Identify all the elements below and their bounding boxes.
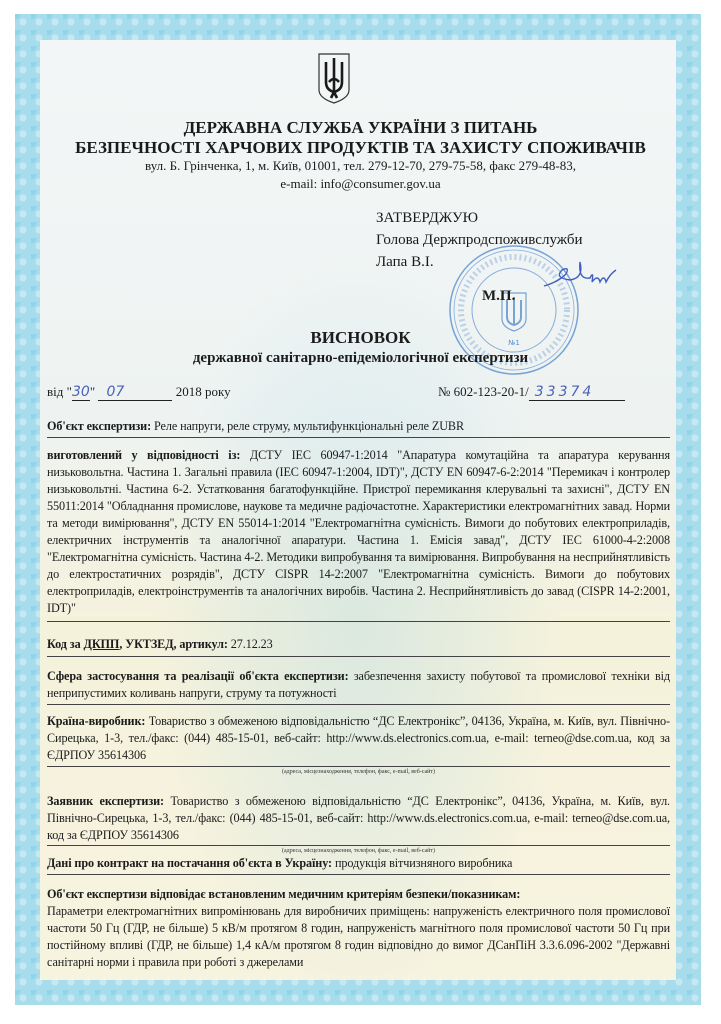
- date-day: 30: [72, 384, 90, 401]
- section-code: Код за ДКПП, УКТЗЕД, артикул: 27.12.23: [47, 636, 670, 653]
- org-name-line2: БЕЗПЕЧНОСТІ ХАРЧОВИХ ПРОДУКТІВ ТА ЗАХИСТ…: [0, 138, 721, 158]
- document-number-handwritten: 33374: [529, 384, 625, 401]
- section-object: Об'єкт експертизи: Реле напруги, реле ст…: [47, 418, 670, 435]
- divider: [47, 704, 670, 705]
- applicant-caption: (адреса, місцезнаходження, телефон, факс…: [47, 848, 670, 854]
- divider: [47, 766, 670, 767]
- document-date: від "30" 07 2018 року: [47, 384, 231, 401]
- divider: [47, 656, 670, 657]
- org-name-line1: ДЕРЖАВНА СЛУЖБА УКРАЇНИ З ПИТАНЬ: [0, 118, 721, 138]
- approval-name: Лапа В.І.: [376, 254, 434, 271]
- section-scope: Сфера застосування та реалізації об'єкта…: [47, 668, 670, 702]
- manufacturer-caption: (адреса, місцезнаходження, телефон, факс…: [47, 769, 670, 775]
- org-email: e-mail: info@consumer.gov.ua: [0, 176, 721, 192]
- document-number: № 602-123-20-1/33374: [438, 384, 625, 401]
- approval-label: ЗАТВЕРДЖУЮ: [376, 210, 478, 227]
- org-address: вул. Б. Грінченка, 1, м. Київ, 01001, те…: [0, 158, 721, 174]
- section-contract: Дані про контракт на постачання об'єкта …: [47, 855, 670, 872]
- date-month: 07: [98, 384, 172, 401]
- section-standards: виготовлений у відповідності із: ДСТУ IE…: [47, 447, 670, 617]
- document-subtitle: державної санітарно-епідеміологічної екс…: [0, 350, 721, 367]
- document-title: ВИСНОВОК: [0, 328, 721, 348]
- section-criteria-text: Параметри електромагнітних випромінювань…: [47, 903, 670, 971]
- section-criteria-heading: Об'єкт експертизи відповідає встановлени…: [47, 886, 670, 903]
- section-applicant: Заявник експертизи: Товариство з обмежен…: [47, 793, 670, 844]
- divider: [47, 621, 670, 622]
- divider: [47, 874, 670, 875]
- trident-icon: [317, 52, 351, 104]
- section-manufacturer: Країна-виробник: Товариство з обмеженою …: [47, 713, 670, 764]
- divider: [47, 437, 670, 438]
- date-year: 2018 року: [176, 384, 231, 399]
- signature-icon: [540, 252, 620, 292]
- seal-mark-label: М.П.: [482, 288, 515, 305]
- divider: [47, 845, 670, 846]
